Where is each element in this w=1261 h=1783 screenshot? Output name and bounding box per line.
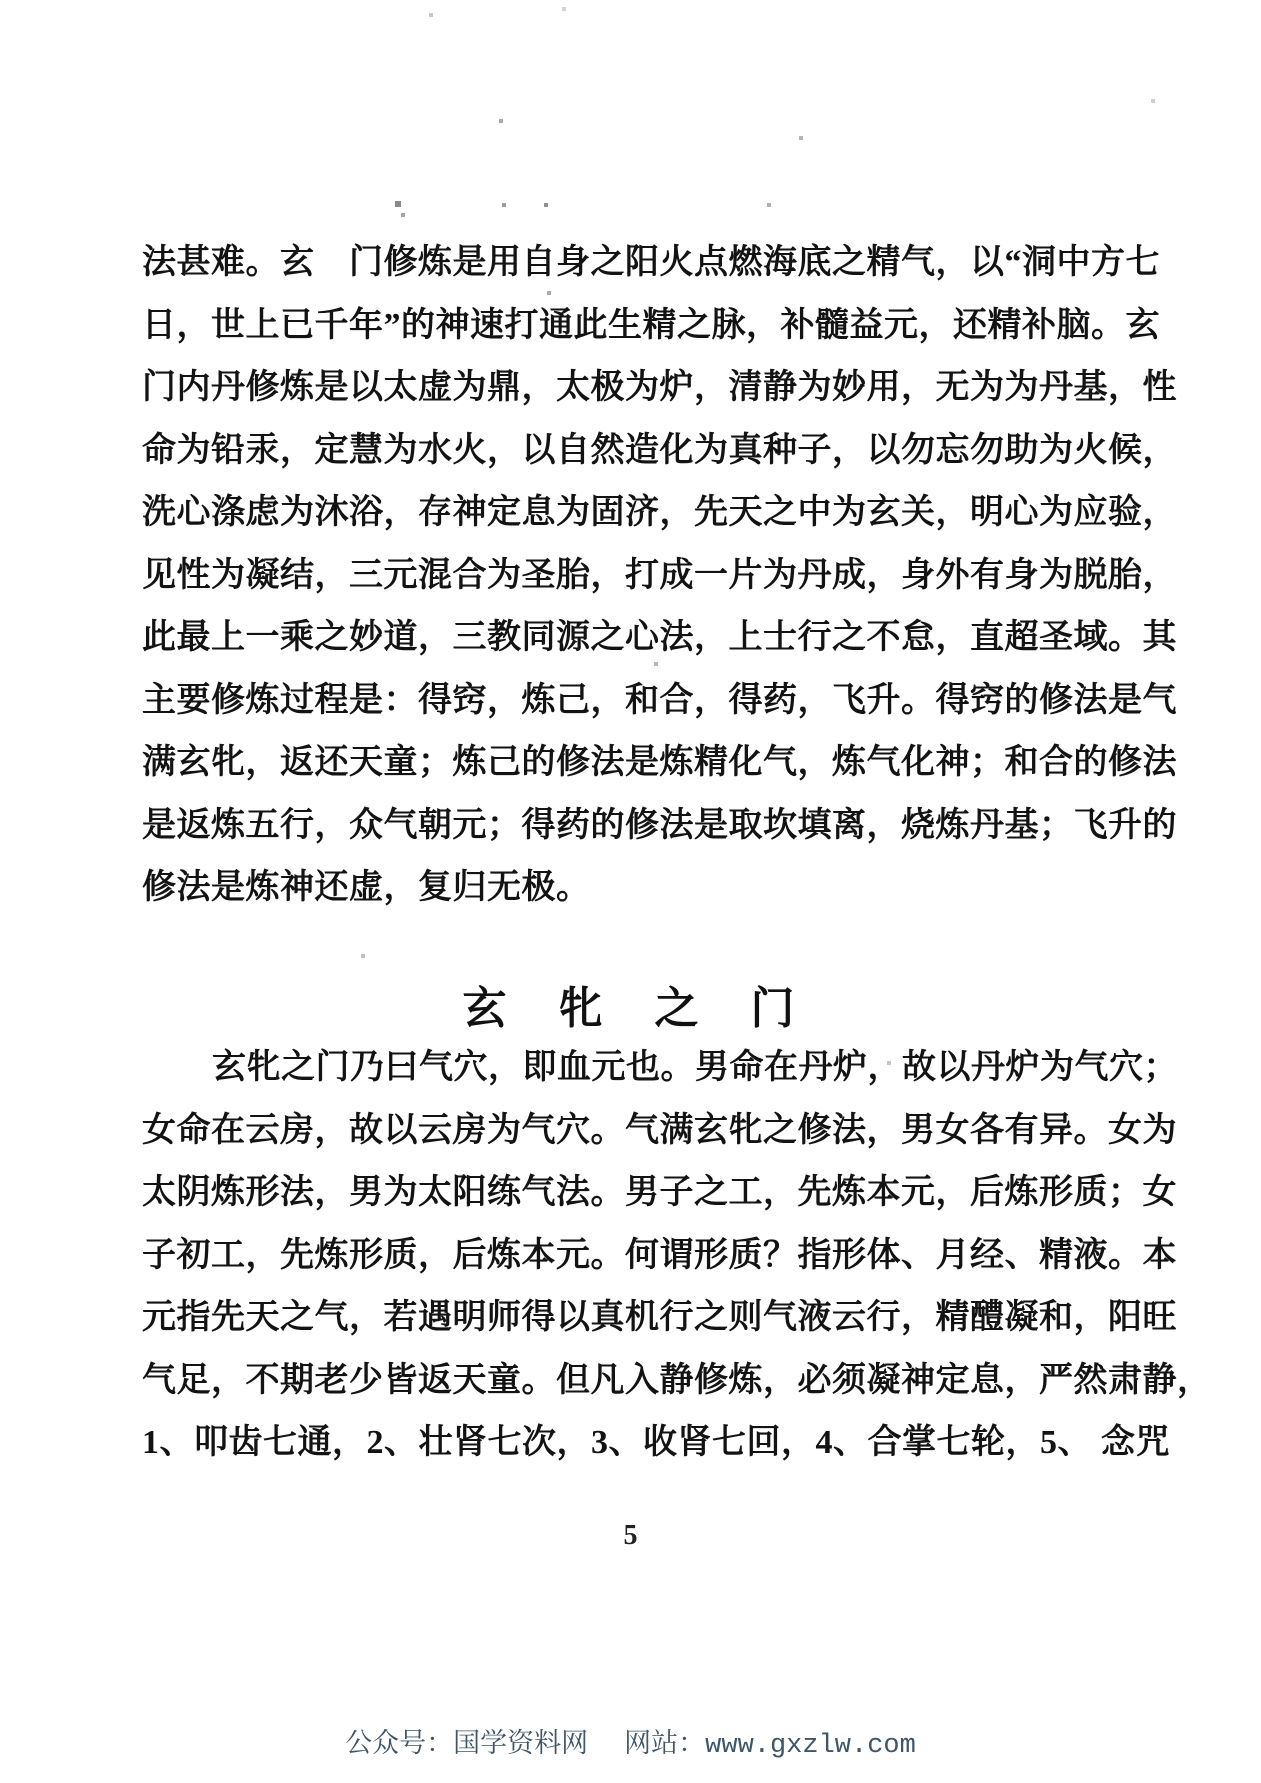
footer-site-label: 网站：	[624, 1728, 705, 1758]
scanned-book-page: 法甚难。玄 门修炼是用自身之阳火点燃海底之精气，以“洞中方七 日，世上已千年”的…	[0, 0, 1261, 1783]
footer-site-url: www.gxzlw.com	[705, 1731, 916, 1761]
paragraph-continued: 法甚难。玄 门修炼是用自身之阳火点燃海底之精气，以“洞中方七 日，世上已千年”的…	[142, 232, 1132, 920]
text-line: 门内丹修炼是以太虚为鼎，太极为炉，清静为妙用，无为为丹基，性	[142, 357, 1132, 420]
footer-account-label: 公众号：国学资料网	[345, 1728, 588, 1758]
text-line: 命为铅汞，定慧为水火，以自然造化为真种子，以勿忘勿助为火候，	[142, 420, 1132, 483]
text-line: 女命在云房，故以云房为气穴。气满玄牝之修法，男女各有异。女为	[142, 1100, 1132, 1163]
text-line: 日，世上已千年”的神速打通此生精之脉，补髓益元，还精补脑。玄	[142, 295, 1132, 358]
text-line: 气足，不期老少皆返天童。但凡入静修炼，必须凝神定息，严然肃静，	[142, 1350, 1132, 1413]
text-line: 满玄牝，返还天童；炼己的修法是炼精化气，炼气化神；和合的修法	[142, 732, 1132, 795]
text-line: 子初工，先炼形质，后炼本元。何谓形质？指形体、月经、精液。本	[142, 1225, 1132, 1288]
text-line: 元指先天之气，若遇明师得以真机行之则气液云行，精醴凝和，阳旺	[142, 1287, 1132, 1350]
text-line: 此最上一乘之妙道，三教同源之心法，上士行之不怠，直超圣域。其	[142, 607, 1132, 670]
text-line: 修法是炼神还虚，复归无极。	[142, 857, 1132, 920]
scan-noise-specks	[0, 0, 2, 2]
paragraph-xuanpin: 玄牝之门乃曰气穴，即血元也。男命在丹炉，故以丹炉为气穴； 女命在云房，故以云房为…	[142, 1037, 1132, 1475]
text-line: 是返炼五行，众气朝元；得药的修法是取坎填离，烧炼丹基；飞升的	[142, 795, 1132, 858]
footer-watermark: 公众号：国学资料网网站：www.gxzlw.com	[0, 1726, 1261, 1763]
text-line: 主要修炼过程是：得窍，炼己，和合，得药，飞升。得窍的修法是气	[142, 670, 1132, 733]
text-line: 法甚难。玄 门修炼是用自身之阳火点燃海底之精气，以“洞中方七	[142, 232, 1132, 295]
text-line: 玄牝之门乃曰气穴，即血元也。男命在丹炉，故以丹炉为气穴；	[142, 1037, 1132, 1100]
text-line: 洗心涤虑为沐浴，存神定息为固济，先天之中为玄关，明心为应验，	[142, 482, 1132, 545]
text-line: 1、叩齿七通，2、壮肾七次，3、收肾七回，4、合掌七轮，5、 念咒	[142, 1412, 1132, 1475]
page-number: 5	[0, 1518, 1261, 1554]
text-line: 太阴炼形法，男为太阳练气法。男子之工，先炼本元，后炼形质；女	[142, 1162, 1132, 1225]
text-line: 见性为凝结，三元混合为圣胎，打成一片为丹成，身外有身为脱胎，	[142, 545, 1132, 608]
section-heading: 玄 牝 之 门	[0, 984, 1261, 1034]
